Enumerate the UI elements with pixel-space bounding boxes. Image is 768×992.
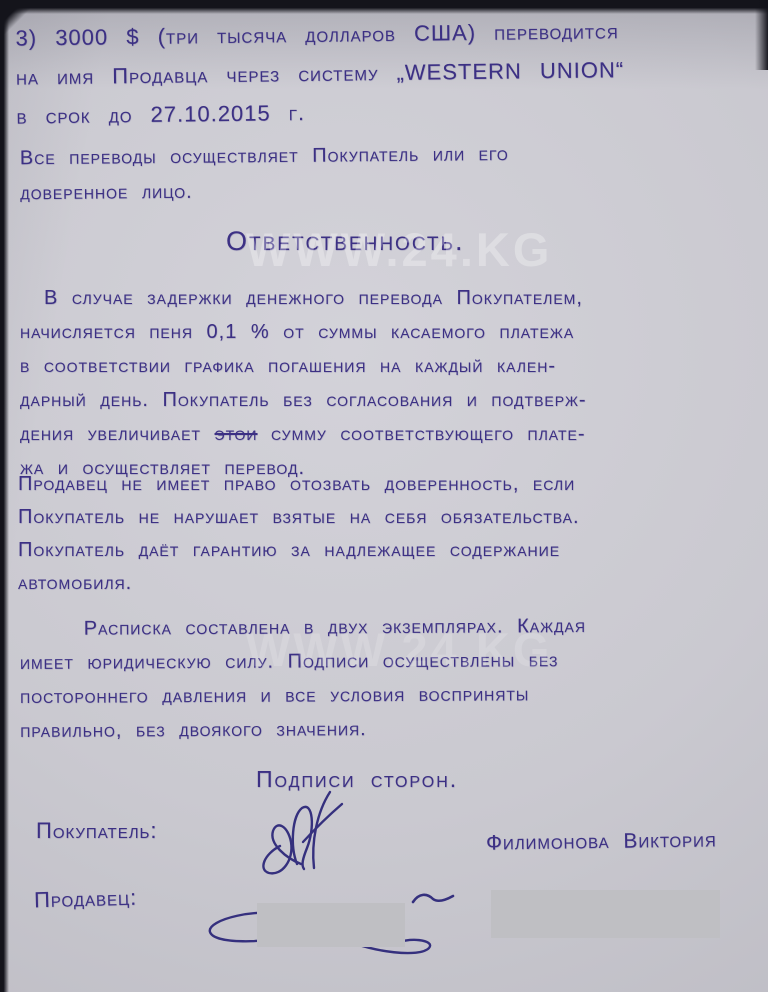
text-line: Продавец не имеет право отозвать доверен… xyxy=(18,468,768,501)
text-line: доверенное лицо. xyxy=(20,170,768,212)
text-line: правильно, без двоякого значения. xyxy=(20,710,768,748)
text-line: Покупатель даёт гарантию за надлежащее с… xyxy=(18,534,768,567)
photo-edge-top xyxy=(0,0,768,14)
redaction-box xyxy=(491,890,720,938)
watermark-text: WWW.24.KG xyxy=(246,222,552,277)
buyer-label: Покупатель: xyxy=(36,818,158,844)
text-line: Покупатель не нарушает взятые на себя об… xyxy=(18,501,768,534)
text-line: дарный день. Покупатель без согласования… xyxy=(20,383,768,417)
crossed-out-word: этои xyxy=(215,423,258,445)
photo-edge-left xyxy=(0,0,9,992)
clause-3-payment: 3) 3000 $ (три тысяча долларов США) пере… xyxy=(15,9,764,135)
redaction-box xyxy=(257,903,405,947)
receipt-photo: 3) 3000 $ (три тысяча долларов США) пере… xyxy=(0,0,768,992)
liability-paragraph: В случае задержки денежного перевода Пок… xyxy=(20,281,768,485)
text-segment: дения увеличивает xyxy=(20,423,215,445)
transfers-paragraph: Все переводы осуществляет Покупатель или… xyxy=(20,135,768,212)
text-line-with-strikethrough: дения увеличивает этои сумму соответству… xyxy=(20,417,768,451)
buyer-name: Филимонова Виктория xyxy=(486,828,717,855)
photo-edge-top-right xyxy=(755,0,768,70)
powers-paragraph: Продавец не имеет право отозвать доверен… xyxy=(18,468,768,600)
text-segment: сумму соответствующего плате- xyxy=(257,423,585,445)
dash-mark xyxy=(410,890,456,908)
buyer-signature xyxy=(256,786,366,878)
photo-edge-top-left xyxy=(0,0,30,34)
text-line: В случае задержки денежного перевода Пок… xyxy=(20,281,768,315)
text-line: постороннего давления и все условия восп… xyxy=(20,676,768,714)
text-line: в соответствии графика погашения на кажд… xyxy=(20,349,768,383)
seller-label: Продавец: xyxy=(34,885,138,914)
text-line: автомобиля. xyxy=(18,567,768,600)
watermark-text: WWW.24.KG xyxy=(246,622,552,677)
text-line: начисляется пеня 0,1 % от суммы касаемог… xyxy=(20,315,768,349)
